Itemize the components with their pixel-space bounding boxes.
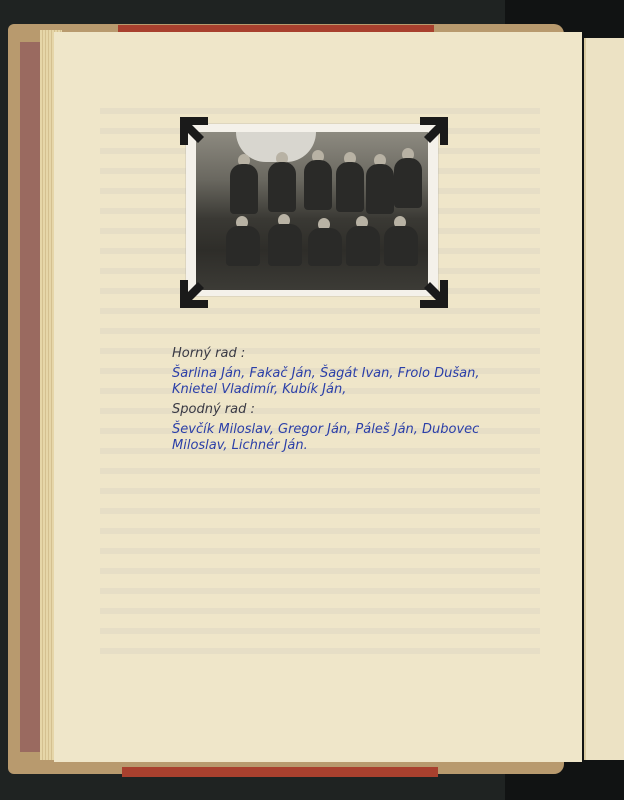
photo-corner-mount-icon <box>180 117 208 145</box>
top-row-names-line2: Knietel Vladimír, Kubík Ján, <box>172 382 346 398</box>
photo-figure <box>336 162 364 212</box>
photo-figure <box>304 160 332 210</box>
bottom-row-names-line2: Miloslav, Lichnér Ján. <box>172 438 308 454</box>
photo-corner-mount-icon <box>420 117 448 145</box>
photo-figure <box>268 224 302 266</box>
photo-figure <box>394 158 422 208</box>
photo-figure <box>346 226 380 266</box>
photo-corner-mount-icon <box>420 280 448 308</box>
top-row-label: Horný rad : <box>172 346 245 362</box>
photo-image <box>196 132 428 290</box>
team-photograph <box>186 124 438 296</box>
photo-figure <box>366 164 394 214</box>
endpaper-strip <box>20 42 42 752</box>
photo-figure <box>308 228 342 266</box>
bottom-row-names-line1: Ševčík Miloslav, Gregor Ján, Páleš Ján, … <box>172 422 479 438</box>
photo-figure <box>230 164 258 214</box>
photo-figure <box>268 162 296 212</box>
bottom-row-label: Spodný rad : <box>172 402 255 418</box>
next-page-edge <box>584 38 624 760</box>
photo-figure <box>226 226 260 266</box>
photo-corner-mount-icon <box>180 280 208 308</box>
photo-figure <box>384 226 418 266</box>
top-row-names-line1: Šarlina Ján, Fakač Ján, Šagát Ivan, Frol… <box>172 366 479 382</box>
spine-bottom-binding <box>122 767 438 777</box>
